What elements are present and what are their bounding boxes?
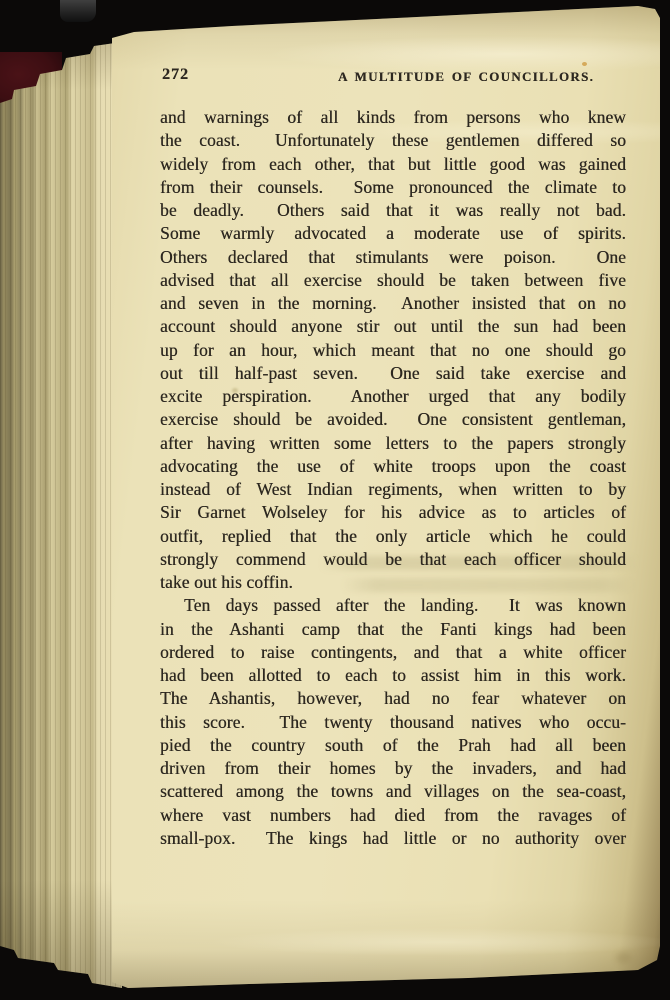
page-number: 272 <box>162 66 189 84</box>
text-line: pied the country south of the Prah had a… <box>160 734 626 757</box>
body-text: and warnings of all kinds from persons w… <box>160 106 626 850</box>
text-line: take out his coffin. <box>160 571 626 594</box>
text-line: exercise should be avoided. One consiste… <box>160 408 626 431</box>
scanned-book-photo: 272 A MULTITUDE OF COUNCILLORS. and warn… <box>0 0 670 1000</box>
text-line: up for an hour, which meant that no one … <box>160 339 626 362</box>
text-line: this score. The twenty thousand natives … <box>160 711 626 734</box>
text-line: account should anyone stir out until the… <box>160 315 626 338</box>
text-line: outfit, replied that the only article wh… <box>160 525 626 548</box>
page-stack-edge <box>0 0 122 1000</box>
text-line: strongly commend would be that each offi… <box>160 548 626 571</box>
text-line: ordered to raise contingents, and that a… <box>160 641 626 664</box>
text-line: Sir Garnet Wolseley for his advice as to… <box>160 501 626 524</box>
paragraph: Ten days passed after the landing. It wa… <box>160 594 626 850</box>
paragraph: and warnings of all kinds from persons w… <box>160 106 626 594</box>
text-line: Some warmly advocated a moderate use of … <box>160 222 626 245</box>
text-line: The Ashantis, however, had no fear whate… <box>160 687 626 710</box>
page-content: 272 A MULTITUDE OF COUNCILLORS. and warn… <box>160 66 626 866</box>
paper-smudge <box>616 952 632 964</box>
text-line: driven from their homes by the invaders,… <box>160 757 626 780</box>
page-header: 272 A MULTITUDE OF COUNCILLORS. <box>160 66 626 106</box>
text-line: small-pox. The kings had little or no au… <box>160 827 626 850</box>
running-title: A MULTITUDE OF COUNCILLORS. <box>338 69 594 85</box>
text-line: Ten days passed after the landing. It wa… <box>160 594 626 617</box>
text-line: where vast numbers had died from the rav… <box>160 804 626 827</box>
text-line: instead of West Indian regiments, when w… <box>160 478 626 501</box>
text-line: widely from each other, that but little … <box>160 153 626 176</box>
text-line: in the Ashanti camp that the Fanti kings… <box>160 618 626 641</box>
text-line: scattered among the towns and villages o… <box>160 780 626 803</box>
text-line: be deadly. Others said that it was reall… <box>160 199 626 222</box>
text-line: after having written some letters to the… <box>160 432 626 455</box>
text-line: and warnings of all kinds from persons w… <box>160 106 626 129</box>
text-line: advised that all exercise should be take… <box>160 269 626 292</box>
text-line: excite perspiration. Another urged that … <box>160 385 626 408</box>
text-line: Others declared that stimulants were poi… <box>160 246 626 269</box>
text-line: out till half-past seven. One said take … <box>160 362 626 385</box>
scanner-clamp <box>60 0 96 22</box>
text-line: the coast. Unfortunately these gentlemen… <box>160 129 626 152</box>
text-line: advocating the use of white troops upon … <box>160 455 626 478</box>
text-line: and seven in the morning. Another insist… <box>160 292 626 315</box>
text-line: had been allotted to each to assist him … <box>160 664 626 687</box>
text-line: from their counsels. Some pronounced the… <box>160 176 626 199</box>
